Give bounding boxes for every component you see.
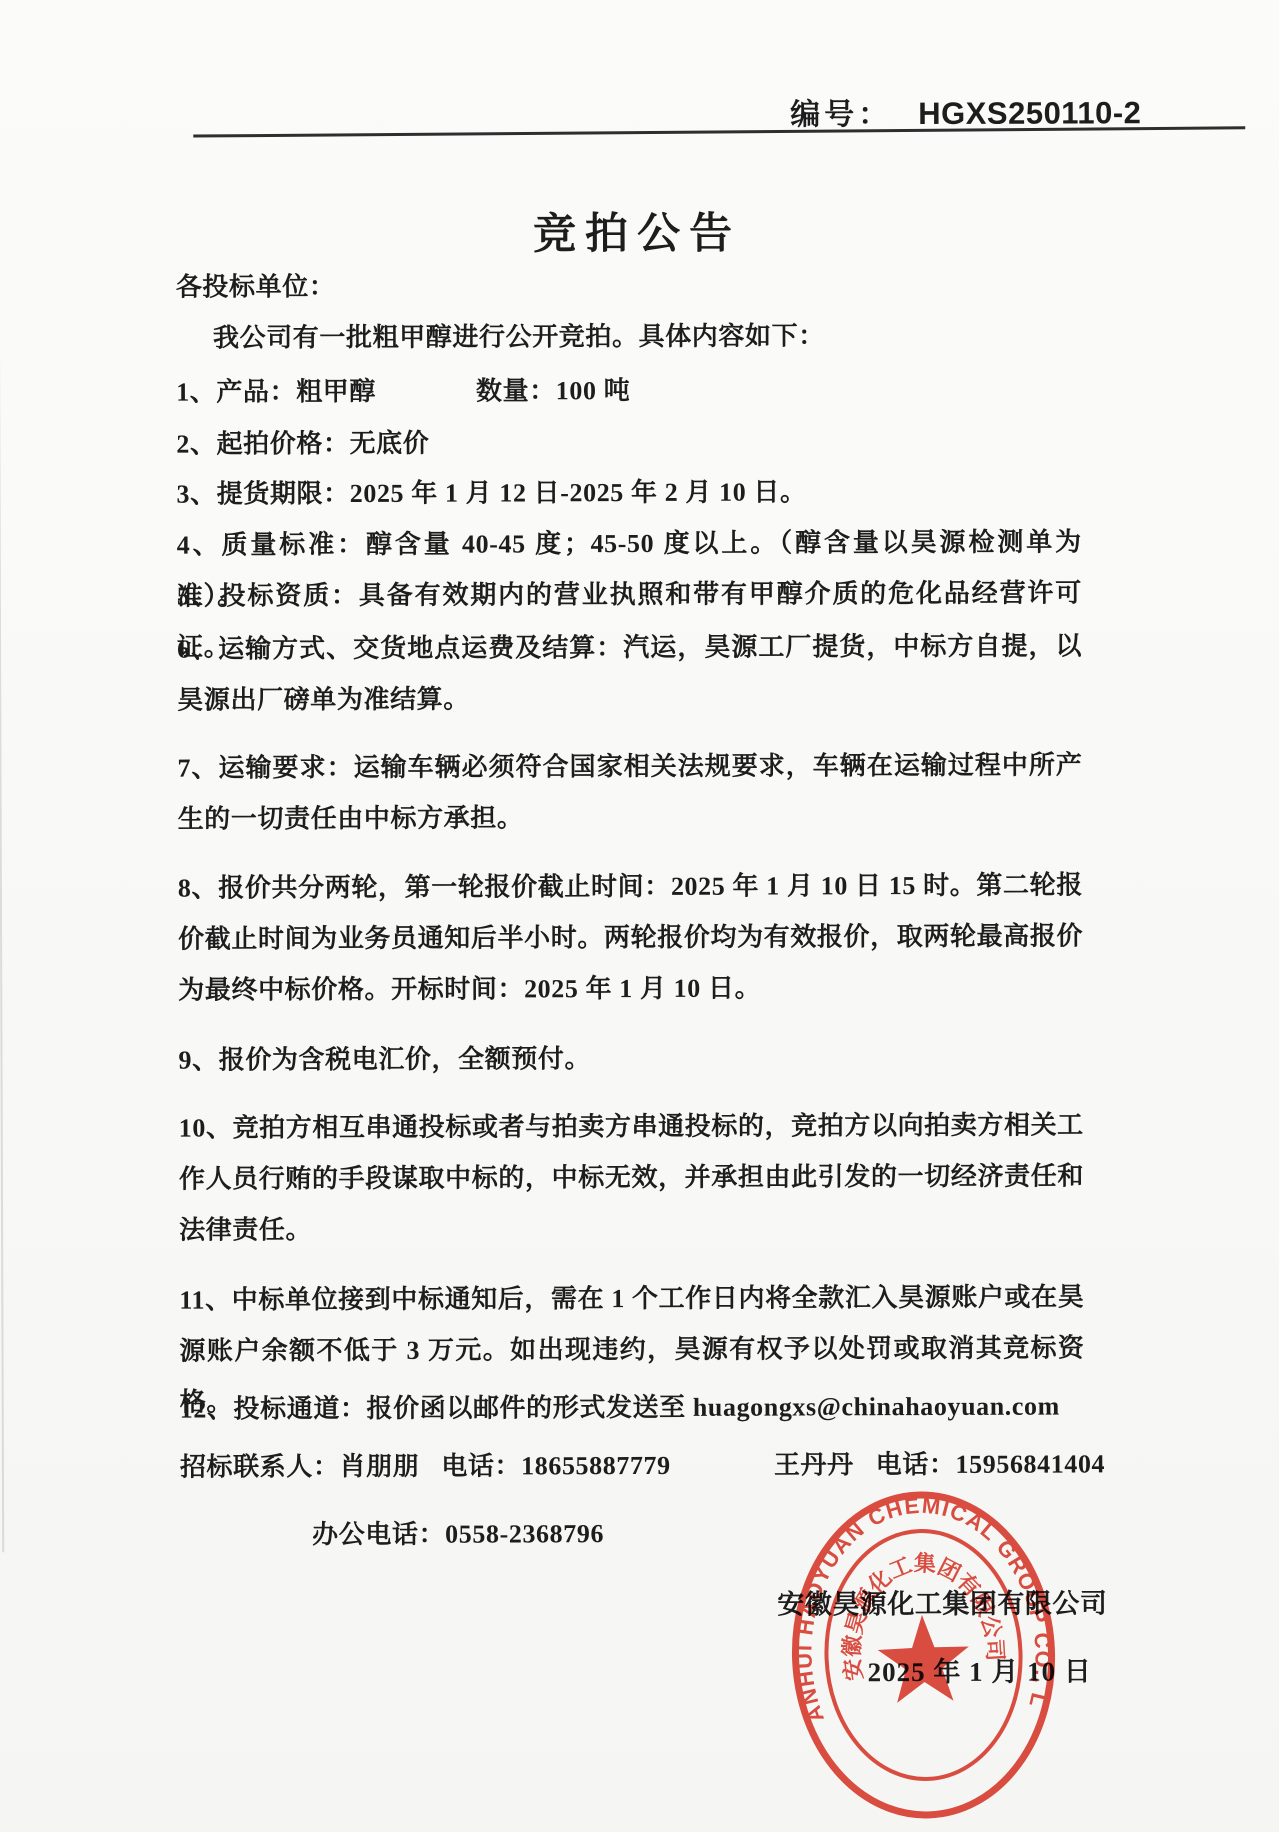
- clause-8: 8、报价共分两轮，第一轮报价截止时间：2025 年 1 月 10 日 15 时。…: [178, 859, 1084, 1015]
- salutation: 各投标单位：: [176, 258, 1081, 312]
- clause-3: 3、提货期限：2025 年 1 月 12 日-2025 年 2 月 10 日。: [176, 465, 1081, 519]
- scanned-document-page: 编号：HGXS250110-2 竞拍公告 各投标单位： 我公司有一批粗甲醇进行公…: [0, 0, 1279, 1832]
- doc-number-label: 编号：: [790, 98, 892, 131]
- contact-left: 招标联系人：肖朋朋电话：18655887779: [180, 1451, 671, 1482]
- contact-left-name: 招标联系人：肖朋朋: [180, 1452, 420, 1482]
- clause-10: 10、竞拍方相互串通投标或者与拍卖方串通投标的，竞拍方以向拍卖方相关工作人员行贿…: [179, 1099, 1085, 1255]
- clause-9: 9、报价为含税电汇价，全额预付。: [178, 1031, 1083, 1085]
- clause-1-product: 1、产品：粗甲醇: [176, 377, 376, 407]
- company-seal-stamp: ANHUI HAOYUAN CHEMICAL GROUP CO., LTD 安徽…: [768, 1479, 1079, 1832]
- seal-star-icon: [876, 1613, 970, 1703]
- clause-1-quantity: 数量：100 吨: [476, 376, 630, 406]
- clause-2: 2、起拍价格：无底价: [176, 415, 1081, 469]
- clause-7: 7、运输要求：运输车辆必须符合国家相关法规要求，车辆在运输过程中所产生的一切责任…: [177, 739, 1082, 844]
- contact-right-name: 王丹丹: [774, 1450, 854, 1479]
- intro-paragraph: 我公司有一批粗甲醇进行公开竞拍。具体内容如下：: [176, 309, 1081, 363]
- office-phone-line: 办公电话：0558-2368796: [312, 1508, 604, 1560]
- contact-right-phone: 电话：15956841404: [876, 1449, 1106, 1479]
- clause-1: 1、产品：粗甲醇数量：100 吨: [176, 363, 1081, 417]
- page-title: 竞拍公告: [0, 198, 1277, 263]
- doc-number-value: HGXS250110-2: [918, 95, 1141, 131]
- clause-6: 6、运输方式、交货地点运费及结算：汽运，昊源工厂提货，中标方自提，以昊源出厂磅单…: [177, 620, 1082, 725]
- scan-edge-artifact: [0, 252, 4, 1552]
- clause-12: 12、投标通道：报价函以邮件的形式发送至 huagongxs@chinahaoy…: [180, 1380, 1085, 1434]
- contact-left-phone: 电话：18655887779: [441, 1451, 671, 1481]
